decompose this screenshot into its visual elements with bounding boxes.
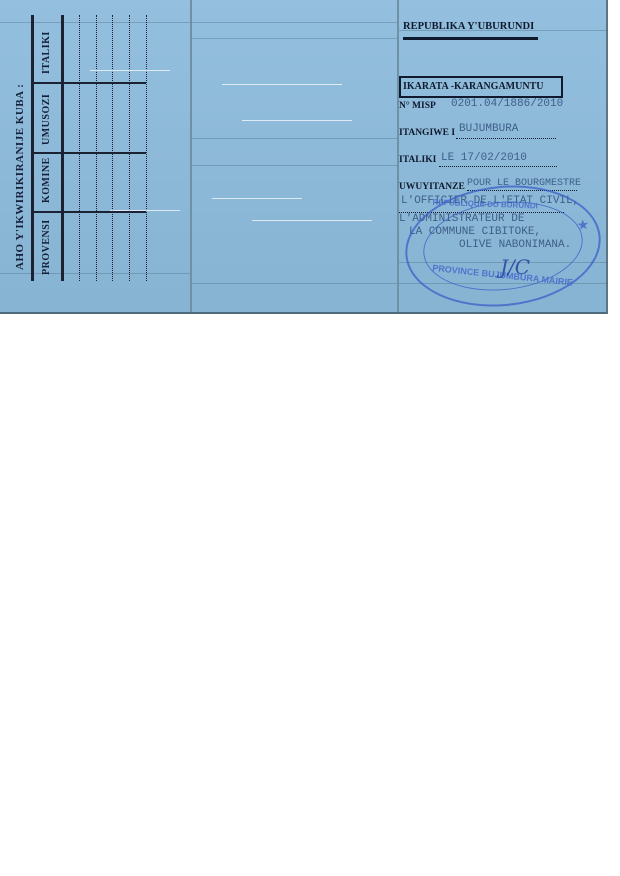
card-title: IKARATA -KARANGAMUNTU: [403, 81, 543, 92]
misp-value: 0201.04/1886/2010: [451, 98, 563, 110]
table-border: [61, 15, 64, 281]
paper-crease: [252, 220, 372, 221]
column-header-komine: KOMINE: [41, 157, 52, 203]
entry-line: [129, 15, 130, 281]
residence-history-panel: AHO Y'IKWIRIKIRANIJE KUBA : PROVENSI KOM…: [0, 0, 190, 312]
paper-crease: [212, 198, 302, 199]
table-border: [31, 15, 34, 281]
itangiwe-label: ITANGIWE I: [399, 128, 455, 138]
dotted-line: [456, 138, 556, 139]
italiki-value: LE 17/02/2010: [441, 152, 527, 164]
ruled-line: [0, 273, 190, 274]
column-header-italiki: ITALIKI: [41, 31, 52, 74]
card-title-box: IKARATA -KARANGAMUNTU: [399, 76, 563, 98]
column-header-provensi: PROVENSI: [41, 219, 52, 275]
ruled-line: [192, 165, 399, 166]
blank-middle-panel: [190, 0, 399, 312]
signature: J/C: [500, 255, 530, 279]
dotted-line: [439, 166, 557, 167]
header-underline: [403, 37, 538, 40]
entry-line: [96, 15, 97, 281]
residence-title: AHO Y'IKWIRIKIRANIJE KUBA :: [14, 84, 26, 270]
uwuyitanze-label: UWUYITANZE: [399, 182, 465, 192]
stamp-top-text: REPUBLIQUE DU BURUNDI: [432, 198, 538, 211]
paper-crease: [242, 120, 352, 121]
italiki-label: ITALIKI: [399, 155, 436, 165]
entry-line: [146, 15, 147, 281]
paper-crease: [90, 70, 170, 71]
ruled-line: [192, 38, 399, 39]
paper-crease: [110, 210, 180, 211]
column-header-umusozi: UMUSOZI: [41, 94, 52, 145]
entry-line: [112, 15, 113, 281]
ruled-line: [192, 138, 399, 139]
paper-crease: [222, 84, 342, 85]
ruled-line: [192, 22, 399, 23]
country-header: REPUBLIKA Y'UBURUNDI: [403, 21, 534, 32]
ruled-line: [0, 22, 190, 23]
ruled-line: [192, 283, 399, 284]
star-icon: ★: [576, 217, 590, 235]
misp-label: N° MISP: [399, 101, 436, 111]
entry-line: [79, 15, 80, 281]
identity-card: AHO Y'IKWIRIKIRANIJE KUBA : PROVENSI KOM…: [0, 0, 608, 314]
itangiwe-value: BUJUMBURA: [459, 123, 518, 135]
